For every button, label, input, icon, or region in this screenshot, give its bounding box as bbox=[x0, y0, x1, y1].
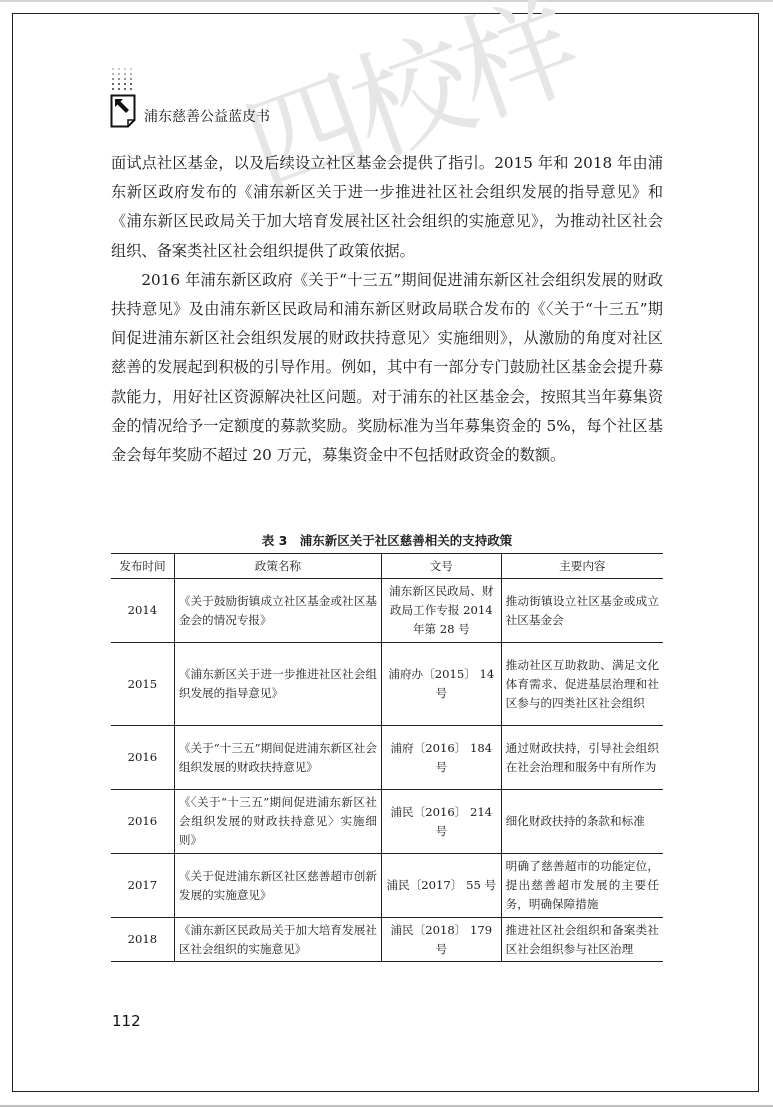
cell-doc-number: 浦府〔2016〕 184 号 bbox=[381, 726, 501, 790]
cell-doc-number: 浦东新区民政局、财政局工作专报 2014 年第 28 号 bbox=[381, 579, 501, 643]
book-arrow-icon bbox=[110, 94, 136, 128]
cell-year: 2018 bbox=[111, 918, 174, 962]
column-header-date: 发布时间 bbox=[111, 554, 174, 579]
cell-policy-name: 《〈关于“十三五”期间促进浦东新区社会组织发展的财政扶持意见〉实施细则》 bbox=[174, 790, 381, 854]
cell-main-content: 细化财政扶持的条款和标准 bbox=[501, 790, 663, 854]
body-text: 面试点社区基金，以及后续设立社区基金会提供了指引。2015 年和 2018 年由… bbox=[111, 149, 663, 470]
cell-policy-name: 《关于“十三五”期间促进浦东新区社会组织发展的财政扶持意见》 bbox=[174, 726, 381, 790]
table-caption: 表 3 浦东新区关于社区慈善相关的支持政策 bbox=[111, 531, 663, 549]
cell-policy-name: 《浦东新区关于进一步推进社区社会组织发展的指导意见》 bbox=[174, 643, 381, 726]
table-row: 2015 《浦东新区关于进一步推进社区社会组织发展的指导意见》 浦府办〔2015… bbox=[111, 643, 663, 726]
policy-table: 发布时间 政策名称 文号 主要内容 2014 《关于鼓励街镇成立社区基金或社区基… bbox=[111, 553, 663, 962]
table-row: 2016 《关于“十三五”期间促进浦东新区社会组织发展的财政扶持意见》 浦府〔2… bbox=[111, 726, 663, 790]
cell-year: 2015 bbox=[111, 643, 174, 726]
table-row: 2016 《〈关于“十三五”期间促进浦东新区社会组织发展的财政扶持意见〉实施细则… bbox=[111, 790, 663, 854]
viewer-top-edge bbox=[0, 0, 773, 2]
cell-doc-number: 浦府办〔2015〕 14 号 bbox=[381, 643, 501, 726]
cell-year: 2014 bbox=[111, 579, 174, 643]
cell-policy-name: 《关于鼓励街镇成立社区基金或社区基金会的情况专报》 bbox=[174, 579, 381, 643]
cell-main-content: 推动街镇设立社区基金或成立社区基金会 bbox=[501, 579, 663, 643]
table-row: 2014 《关于鼓励街镇成立社区基金或社区基金会的情况专报》 浦东新区民政局、财… bbox=[111, 579, 663, 643]
series-title: 浦东慈善公益蓝皮书 bbox=[144, 106, 270, 126]
cell-policy-name: 《浦东新区民政局关于加大培育发展社区社会组织的实施意见》 bbox=[174, 918, 381, 962]
dot-grid-decoration-icon bbox=[112, 68, 134, 90]
column-header-doc-number: 文号 bbox=[381, 554, 501, 579]
cell-main-content: 明确了慈善超市的功能定位，提出慈善超市发展的主要任务，明确保障措施 bbox=[501, 854, 663, 918]
table-row: 2018 《浦东新区民政局关于加大培育发展社区社会组织的实施意见》 浦民〔201… bbox=[111, 918, 663, 962]
table-header-row: 发布时间 政策名称 文号 主要内容 bbox=[111, 554, 663, 579]
cell-year: 2016 bbox=[111, 726, 174, 790]
cell-doc-number: 浦民〔2016〕 214 号 bbox=[381, 790, 501, 854]
cell-policy-name: 《关于促进浦东新区社区慈善超市创新发展的实施意见》 bbox=[174, 854, 381, 918]
cell-doc-number: 浦民〔2018〕 179 号 bbox=[381, 918, 501, 962]
cell-year: 2016 bbox=[111, 790, 174, 854]
paragraph: 面试点社区基金，以及后续设立社区基金会提供了指引。2015 年和 2018 年由… bbox=[111, 149, 663, 266]
cell-main-content: 推进社区社会组织和备案类社区社会组织参与社区治理 bbox=[501, 918, 663, 962]
table-row: 2017 《关于促进浦东新区社区慈善超市创新发展的实施意见》 浦民〔2017〕 … bbox=[111, 854, 663, 918]
column-header-main-content: 主要内容 bbox=[501, 554, 663, 579]
cell-year: 2017 bbox=[111, 854, 174, 918]
cell-doc-number: 浦民〔2017〕 55 号 bbox=[381, 854, 501, 918]
page-number: 112 bbox=[112, 1012, 141, 1030]
paragraph: 2016 年浦东新区政府《关于“十三五”期间促进浦东新区社会组织发展的财政扶持意… bbox=[111, 266, 663, 470]
cell-main-content: 通过财政扶持，引导社会组织在社会治理和服务中有所作为 bbox=[501, 726, 663, 790]
column-header-policy-name: 政策名称 bbox=[174, 554, 381, 579]
cell-main-content: 推动社区互助救助、满足文化体育需求、促进基层治理和社区参与的四类社区社会组织 bbox=[501, 643, 663, 726]
